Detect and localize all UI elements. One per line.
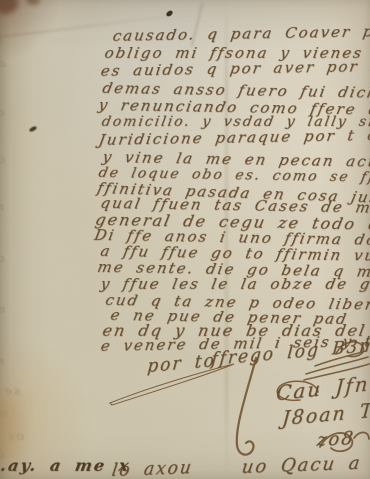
manuscript-page: se con ma del osave ne so cor mama del s…	[0, 0, 370, 479]
edge-vignette	[0, 0, 370, 479]
